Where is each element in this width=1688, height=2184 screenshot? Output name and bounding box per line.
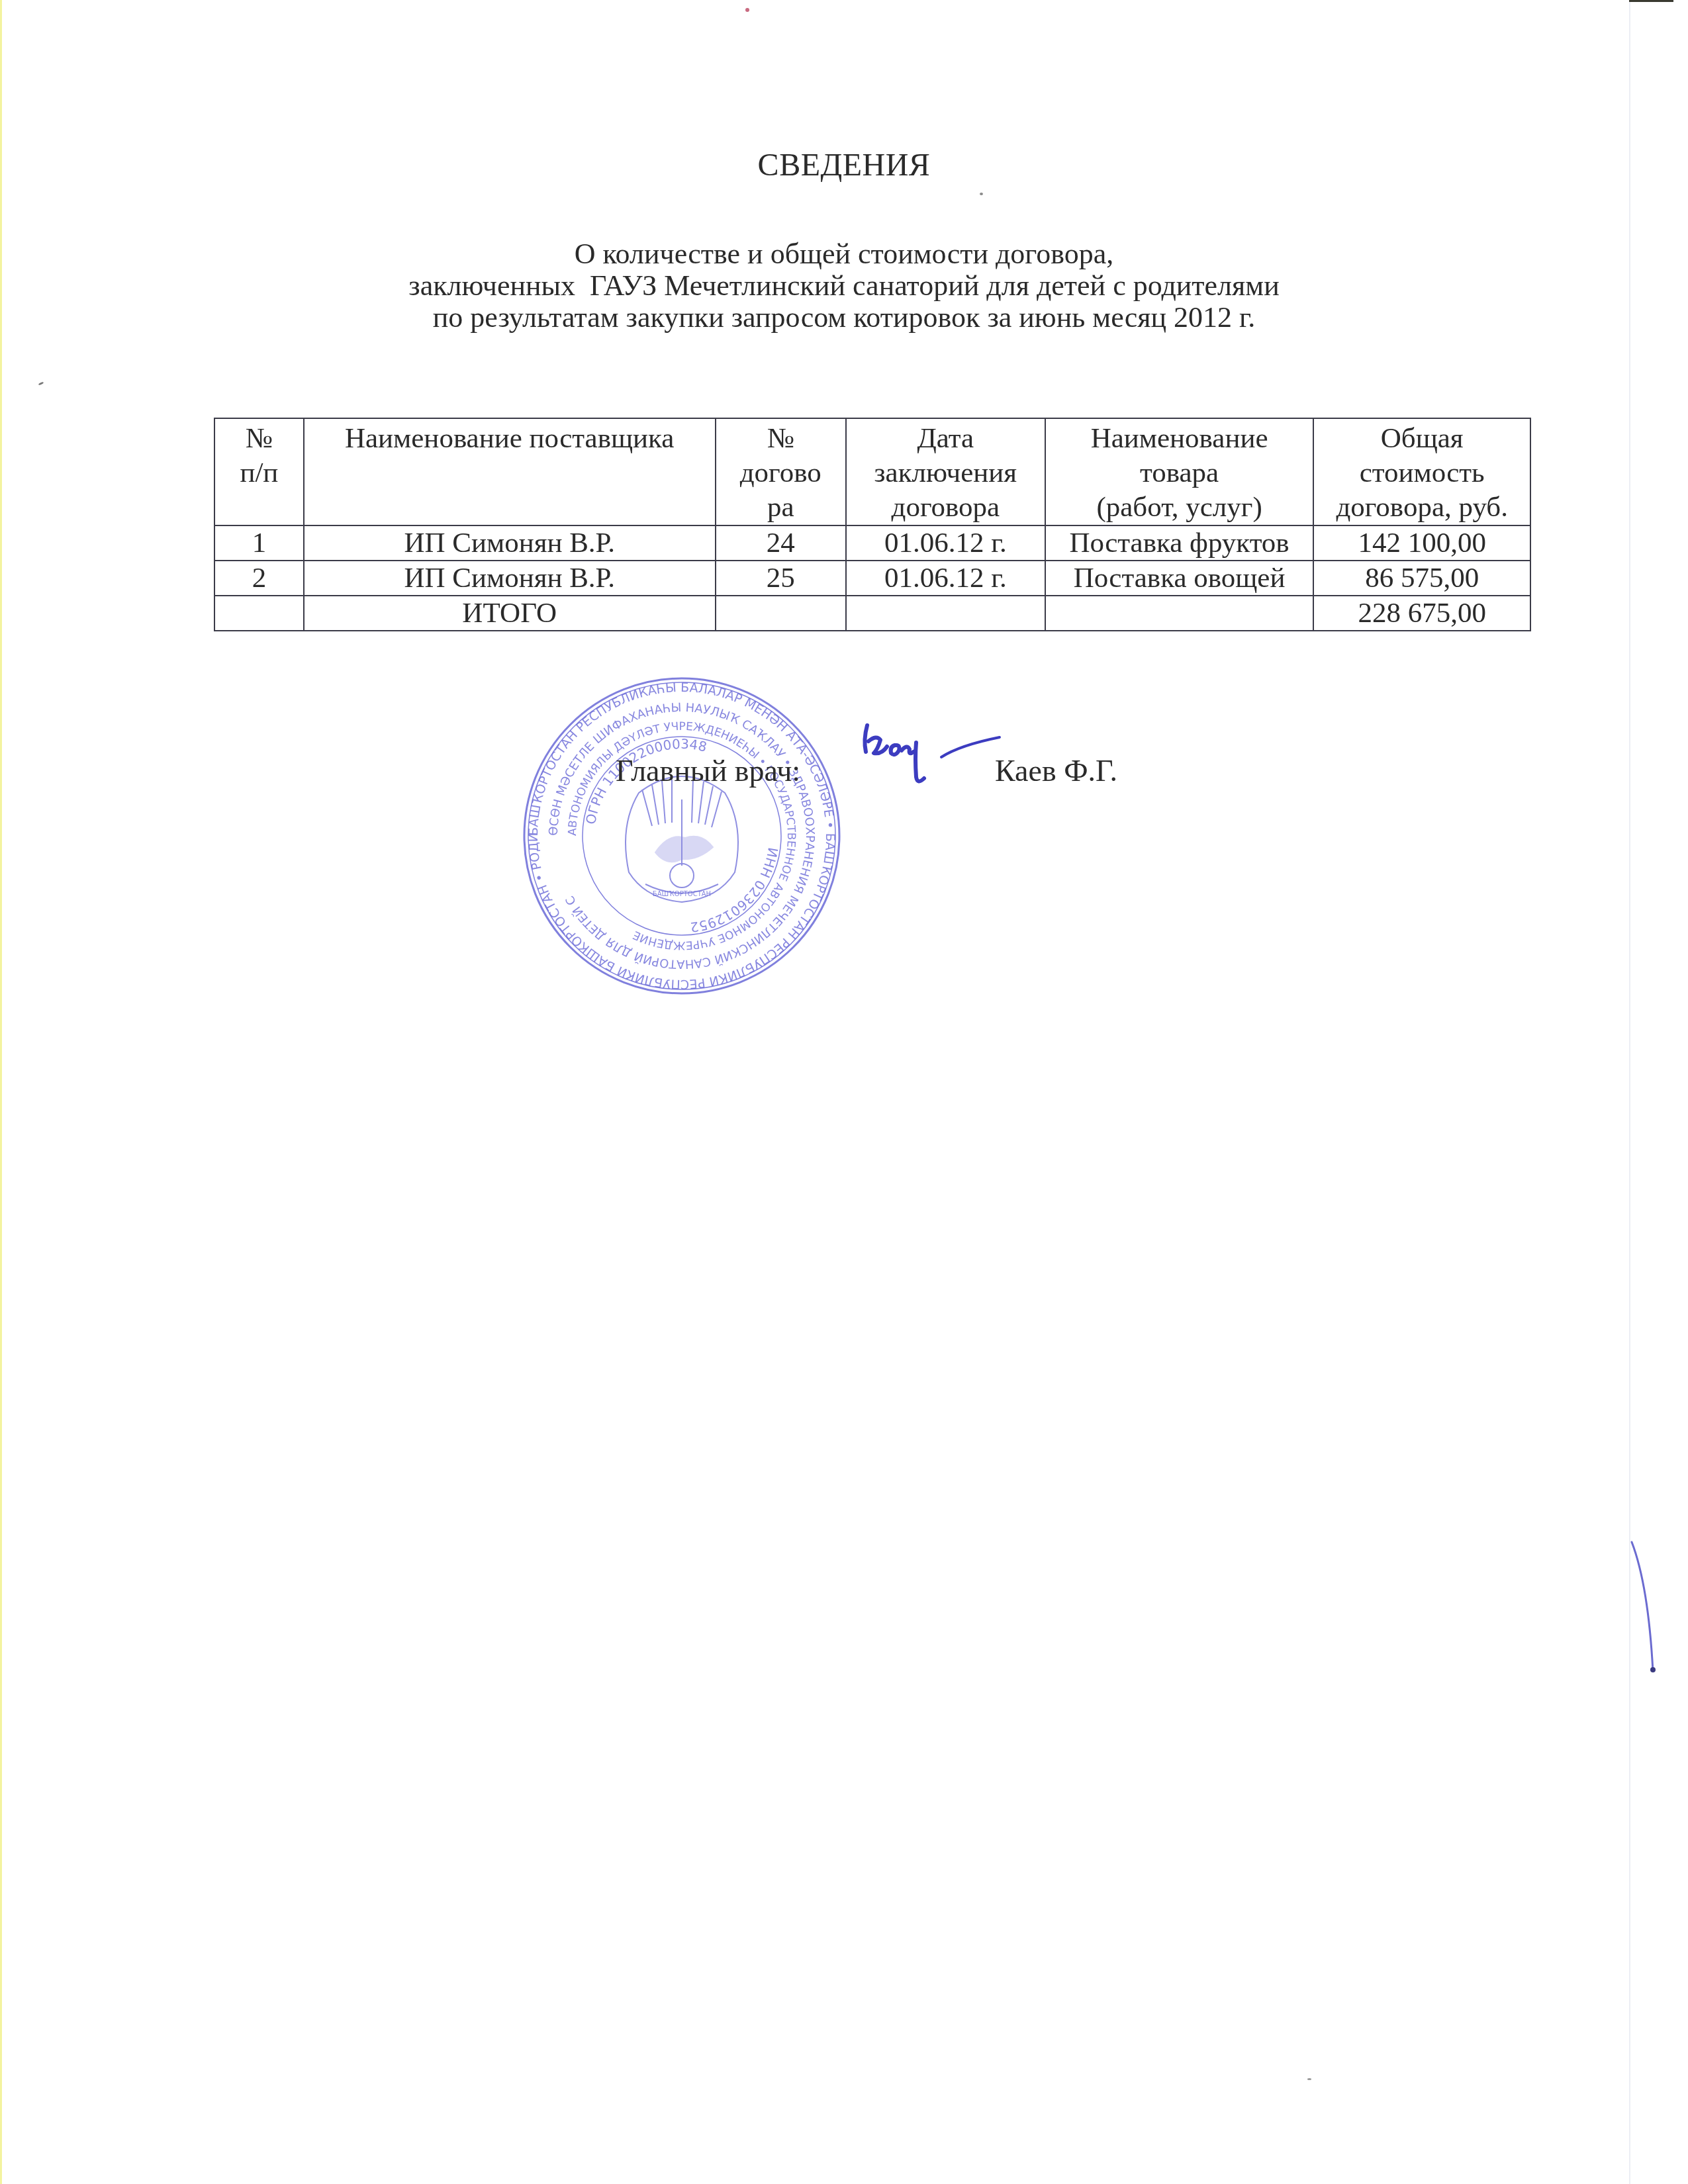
header-line: догово — [719, 456, 843, 490]
table-total-row: ИТОГО 228 675,00 — [214, 596, 1530, 631]
document-title: СВЕДЕНИЯ — [0, 147, 1688, 183]
header-line: Наименование — [1049, 422, 1311, 456]
cell-contract-number: 25 — [716, 561, 846, 596]
scan-speck — [38, 381, 44, 385]
table-header-row: № п/п Наименование поставщика № догово р… — [214, 418, 1530, 525]
header-line: № — [218, 422, 301, 456]
header-line: стоимость — [1317, 456, 1527, 490]
official-stamp-icon: БАШҠОРТОСТАН РЕСПУБЛИКАҺЫ БАЛАЛАР МЕНӘН … — [520, 674, 844, 998]
subtitle-line: по результатам закупки запросом котирово… — [0, 302, 1688, 334]
cell-supplier: ИП Симонян В.Р. — [304, 525, 716, 561]
cell-number: 2 — [214, 561, 304, 596]
header-contract-number: № догово ра — [716, 418, 846, 525]
header-line: товара — [1049, 456, 1311, 490]
table-row: 1 ИП Симонян В.Р. 24 01.06.12 г. Поставк… — [214, 525, 1530, 561]
header-line: заключения — [849, 456, 1042, 490]
header-line: Общая — [1317, 422, 1527, 456]
header-line: ра — [719, 490, 843, 525]
cell-date: 01.06.12 г. — [846, 525, 1045, 561]
scan-speck — [980, 193, 983, 195]
signatory-name: Каев Ф.Г. — [995, 753, 1117, 788]
subtitle-line: О количестве и общей стоимости договора, — [0, 238, 1688, 270]
header-line: (работ, услуг) — [1049, 490, 1311, 525]
header-line: договора, руб. — [1317, 490, 1527, 525]
header-line: Дата — [849, 422, 1042, 456]
emblem-caption: БАШҠОРТОСТАН — [653, 891, 711, 898]
cell-goods: Поставка фруктов — [1045, 525, 1314, 561]
header-goods: Наименование товара (работ, услуг) — [1045, 418, 1314, 525]
cell-number — [214, 596, 304, 631]
cell-grand-total: 228 675,00 — [1313, 596, 1530, 631]
header-total-cost: Общая стоимость договора, руб. — [1313, 418, 1530, 525]
scan-speck — [1307, 2078, 1311, 2080]
cell-date — [846, 596, 1045, 631]
scan-edge-top-bar — [1629, 0, 1673, 2]
cell-total: 142 100,00 — [1313, 525, 1530, 561]
cell-supplier: ИП Симонян В.Р. — [304, 561, 716, 596]
cell-total: 86 575,00 — [1313, 561, 1530, 596]
header-row-number: № п/п — [214, 418, 304, 525]
scan-speck — [745, 8, 749, 12]
header-contract-date: Дата заключения договора — [846, 418, 1045, 525]
cell-goods: Поставка овощей — [1045, 561, 1314, 596]
table-row: 2 ИП Симонян В.Р. 25 01.06.12 г. Поставк… — [214, 561, 1530, 596]
pen-mark-icon — [1625, 1539, 1665, 1678]
header-supplier: Наименование поставщика — [304, 418, 716, 525]
cell-contract-number: 24 — [716, 525, 846, 561]
cell-number: 1 — [214, 525, 304, 561]
contracts-table: № п/п Наименование поставщика № догово р… — [214, 418, 1531, 631]
handwritten-signature-icon — [861, 720, 1006, 793]
header-line: Наименование поставщика — [307, 422, 712, 456]
cell-date: 01.06.12 г. — [846, 561, 1045, 596]
emblem-icon — [626, 776, 738, 902]
cell-contract-number — [716, 596, 846, 631]
subtitle-line: заключенных ГАУЗ Мечетлинский санаторий … — [0, 270, 1688, 302]
header-line: п/п — [218, 456, 301, 490]
document-subtitle: О количестве и общей стоимости договора,… — [0, 238, 1688, 334]
header-line: № — [719, 422, 843, 456]
header-line: договора — [849, 490, 1042, 525]
cell-total-label: ИТОГО — [304, 596, 716, 631]
signatory-position: Главный врач: — [616, 753, 800, 788]
cell-goods — [1045, 596, 1314, 631]
